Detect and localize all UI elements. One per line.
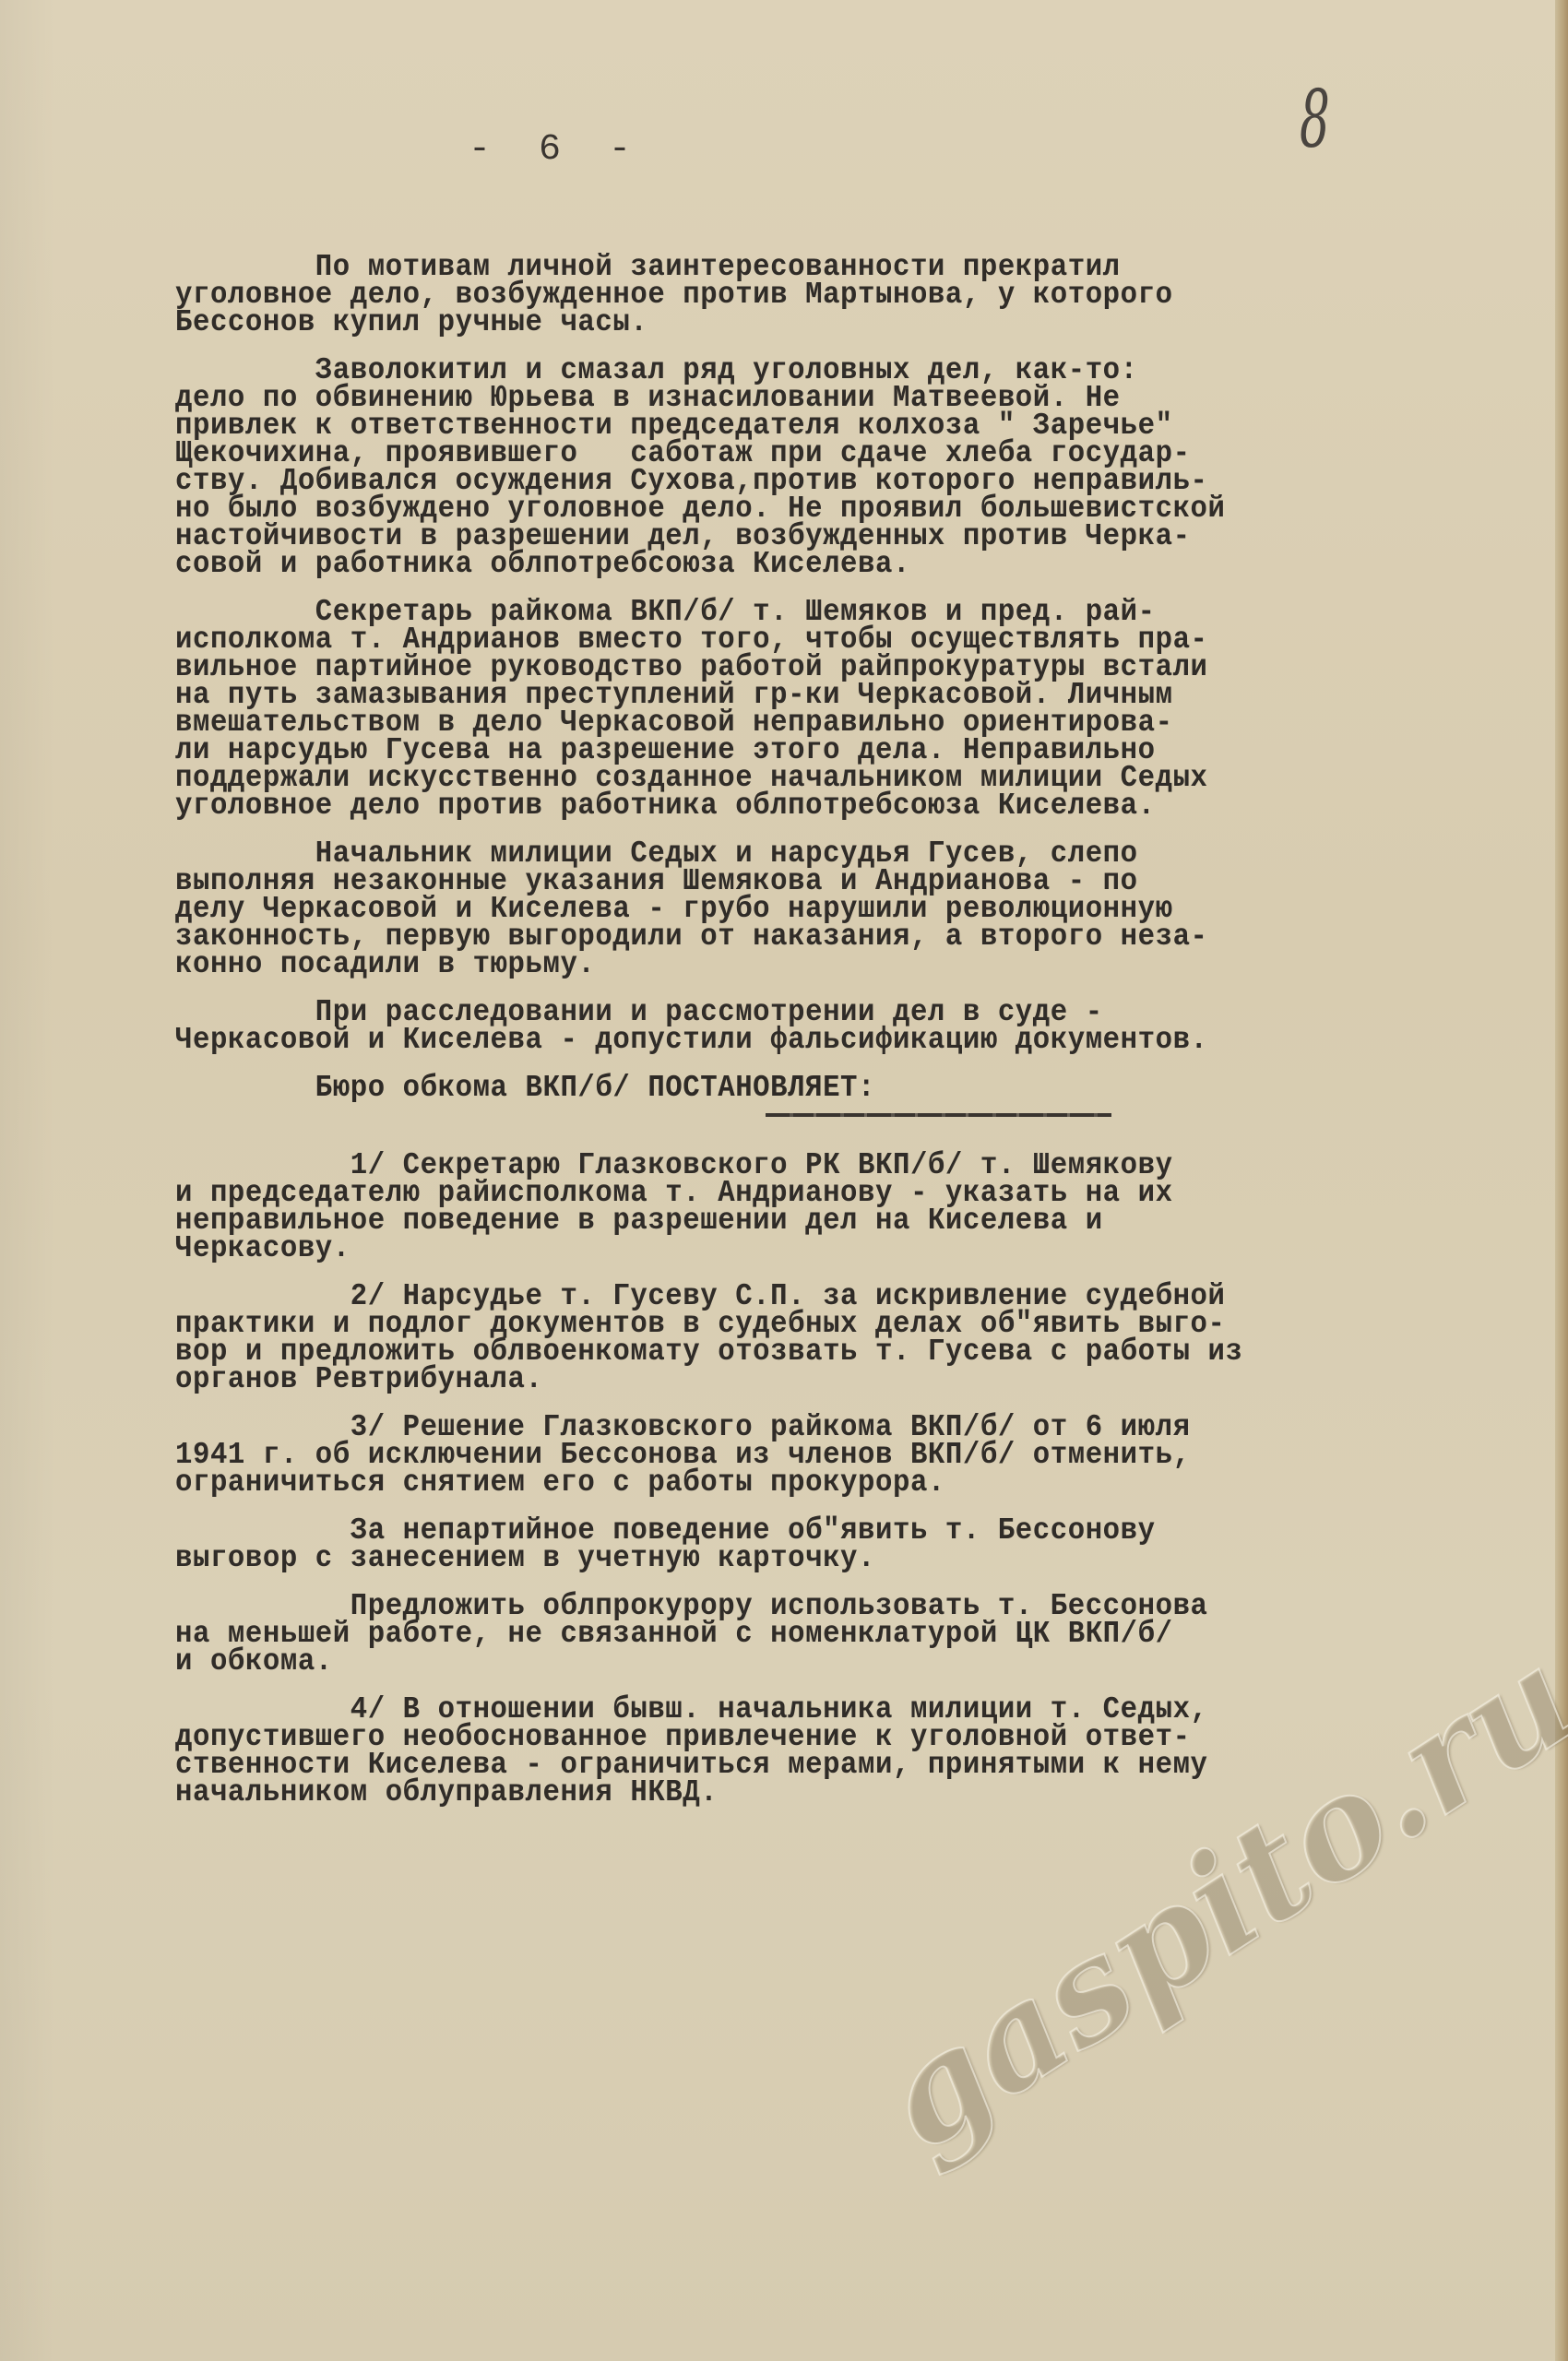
handwritten-folio-number: 8	[1300, 74, 1330, 166]
text-line: неправильное поведение в разрешении дел …	[175, 1207, 1410, 1235]
resolution-items: 1/ Секретарю Глазковского РК ВКП/б/ т. Ш…	[175, 1152, 1503, 1807]
paragraph: Начальник милиции Седых и нарсудья Гусев…	[175, 840, 1410, 979]
text-line: совой и работника облпотребсоюза Киселев…	[175, 551, 1410, 578]
resolution-item: За непартийное поведение об"явить т. Бес…	[175, 1517, 1410, 1572]
text-line: Черкасову.	[175, 1235, 1410, 1263]
document-body: По мотивам личной заинтересованности пре…	[175, 254, 1503, 1827]
narrative-paragraphs: По мотивам личной заинтересованности пре…	[175, 254, 1503, 1054]
page-edge	[1555, 0, 1568, 2361]
paragraph: При расследовании и рассмотрении дел в с…	[175, 999, 1410, 1054]
resolution-item: 3/ Решение Глазковского райкома ВКП/б/ о…	[175, 1414, 1410, 1497]
resolution-item: 1/ Секретарю Глазковского РК ВКП/б/ т. Ш…	[175, 1152, 1410, 1263]
text-line: на меньшей работе, не связанной с номенк…	[175, 1620, 1410, 1648]
text-line: конно посадили в тюрьму.	[175, 951, 1410, 979]
text-line: ограничиться снятием его с работы прокур…	[175, 1469, 1410, 1497]
paragraph: Секретарь райкома ВКП/б/ т. Шемяков и пр…	[175, 599, 1410, 820]
text-line: выговор с занесением в учетную карточку.	[175, 1545, 1410, 1572]
paragraph: По мотивам личной заинтересованности пре…	[175, 254, 1410, 337]
resolution-item: 4/ В отношении бывш. начальника милиции …	[175, 1696, 1410, 1807]
text-line: уголовное дело против работника облпотре…	[175, 792, 1410, 820]
paragraph: Заволокитил и смазал ряд уголовных дел, …	[175, 357, 1410, 578]
resolution-item: Предложить облпрокурору использовать т. …	[175, 1593, 1410, 1676]
resolution-item: 2/ Нарсудье т. Гусеву С.П. за искривлени…	[175, 1283, 1410, 1394]
text-line: Черкасовой и Киселева - допустили фальси…	[175, 1026, 1410, 1054]
text-line: и обкома.	[175, 1648, 1410, 1676]
text-line: Бессонов купил ручные часы.	[175, 309, 1410, 337]
text-line: органов Ревтрибунала.	[175, 1366, 1410, 1394]
heading-underline-divider	[766, 1113, 1111, 1117]
page-number: - 6 -	[469, 129, 644, 171]
resolution-heading: Бюро обкома ВКП/б/ ПОСТАНОВЛЯЕТ:	[175, 1074, 1410, 1102]
